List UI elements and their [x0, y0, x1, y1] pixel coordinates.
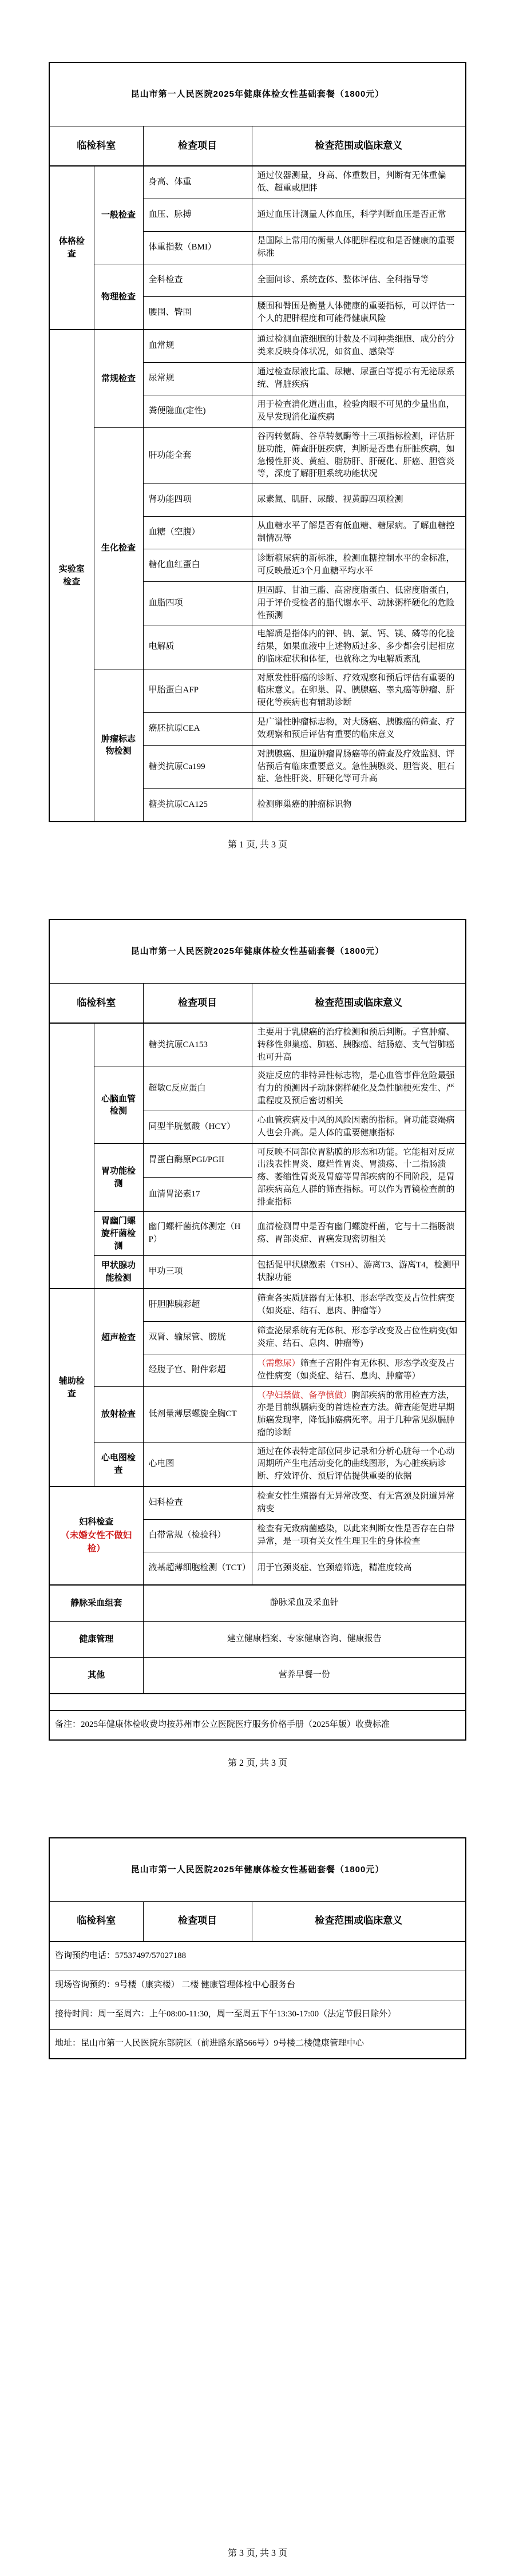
exam-item-cell: 肝功能全套 — [143, 428, 252, 484]
category-auxiliary-exam: 辅助检查 — [49, 1289, 94, 1487]
page-1: 昆山市第一人民医院2025年健康体检女性基础套餐（1800元） 临检科室 检查项… — [0, 0, 515, 850]
subcategory-physics-exam: 物理检查 — [94, 264, 143, 330]
exam-desc-cell: 诊断糖尿病的新标准，检测血糖控制水平的金标准，可反映最近3个月血糖平均水平 — [252, 549, 466, 582]
table-row: 昆山市第一人民医院2025年健康体检女性基础套餐（1800元） — [49, 62, 466, 126]
exam-item-cell: 血压、脉搏 — [143, 199, 252, 232]
page-title: 昆山市第一人民医院2025年健康体检女性基础套餐（1800元） — [49, 62, 466, 126]
table-row: 心脑血管检测 超敏C反应蛋白 炎症反应的非特异性标志物，是心血管事件危险最强有力… — [49, 1067, 466, 1111]
exam-item-cell: 糖化血红蛋白 — [143, 549, 252, 582]
table-row: 糖类抗原CA153 主要用于乳腺癌的治疗检测和预后判断。子宫肿瘤、转移性卵巢癌、… — [49, 1023, 466, 1067]
page-footer: 第 2 页, 共 3 页 — [0, 1755, 515, 1769]
subcategory-ultrasound: 超声检查 — [94, 1289, 143, 1387]
exam-desc-cell: 通过血压计测量人体血压，科学判断血压是否正常 — [252, 199, 466, 232]
exam-item-cell: 肝胆脾胰彩超 — [143, 1289, 252, 1322]
exam-desc-cell: 谷丙转氨酶、谷草转氨酶等十三项指标检测，评估肝脏功能，筛查肝脏疾病，判断是否患有… — [252, 428, 466, 484]
header-meaning: 检查范围或临床意义 — [252, 1901, 466, 1941]
page2-table: 昆山市第一人民医院2025年健康体检女性基础套餐（1800元） 临检科室 检查项… — [49, 919, 466, 1741]
empty-cell — [94, 1023, 143, 1067]
exam-item-cell: 双肾、输尿管、膀胱 — [143, 1321, 252, 1354]
exam-item-cell: 超敏C反应蛋白 — [143, 1067, 252, 1111]
table-row: 甲状腺功能检测 甲功三项 包括促甲状腺激素（TSH）、游离T3、游离T4，检测甲… — [49, 1255, 466, 1289]
table-row: 昆山市第一人民医院2025年健康体检女性基础套餐（1800元） — [49, 1838, 466, 1902]
exam-item-cell: 低剂量薄层螺旋全胸CT — [143, 1386, 252, 1442]
table-row: 备注：2025年健康体检收费均按苏州市公立医院医疗服务价格手册（2025年版）收… — [49, 1710, 466, 1740]
table-row: 地址：昆山市第一人民医院东部院区（前进路东路566号）9号楼二楼健康管理中心 — [49, 2029, 466, 2059]
exam-desc-cell: （孕妇禁做、备孕慎做）胸部疾病的常用检查方法，亦是目前纵膈病变的首选检查方法。筛… — [252, 1386, 466, 1442]
exam-item-cell: 电解质 — [143, 625, 252, 669]
table-row: 胃功能检测 胃蛋白酶原PGI/PGII 可反映不同部位胃粘膜的形态和功能。它能相… — [49, 1143, 466, 1178]
remark-cell: 备注：2025年健康体检收费均按苏州市公立医院医疗服务价格手册（2025年版）收… — [49, 1710, 466, 1740]
onsite-consult-cell: 现场咨询预约：9号楼（康宾楼） 二楼 健康管理体检中心服务台 — [49, 1971, 466, 2000]
exam-item-cell: 胃蛋白酶原PGI/PGII — [143, 1143, 252, 1178]
exam-item-cell: 腰围、臀围 — [143, 297, 252, 330]
caution-note: （需憋尿） — [257, 1359, 300, 1368]
subcategory-thyroid-function: 甲状腺功能检测 — [94, 1255, 143, 1289]
exam-desc-cell: 腰围和臀围是衡量人体健康的重要指标，可以评估一个人的肥胖程度和可能得健康风险 — [252, 297, 466, 330]
exam-item-cell: 血脂四项 — [143, 582, 252, 625]
subcategory-cardio-cerebro: 心脑血管检测 — [94, 1067, 143, 1143]
exam-item-cell: 糖类抗原CA125 — [143, 789, 252, 822]
page-title: 昆山市第一人民医院2025年健康体检女性基础套餐（1800元） — [49, 1838, 466, 1902]
table-row: 心电图检查 心电图 通过在体表特定部位同步记录和分析心脏每一个心动周期所产生电活… — [49, 1442, 466, 1487]
header-item: 检查项目 — [143, 984, 252, 1024]
exam-item-cell: 血常规 — [143, 330, 252, 363]
category-laboratory-exam: 实验室检查 — [49, 330, 94, 822]
exam-desc-cell: 炎症反应的非特异性标志物，是心血管事件危险最强有力的预测因子动脉粥样硬化及急性脑… — [252, 1067, 466, 1111]
table-row: 咨询预约电话：57537497/57027188 — [49, 1941, 466, 1971]
gynecology-note: （未婚女性不做妇检） — [55, 1529, 138, 1555]
exam-item-cell: 妇科检查 — [143, 1487, 252, 1520]
gynecology-label: 妇科检查 — [55, 1516, 138, 1528]
subcategory-biochem-exam: 生化检查 — [94, 428, 143, 669]
exam-desc-cell: 对原发性肝癌的诊断、疗效观察和预后评估有重要的临床意义。在卵巢、胃、胰腺癌、睾丸… — [252, 669, 466, 712]
subcategory-routine-exam: 常规检查 — [94, 330, 143, 428]
table-row: 辅助检查 超声检查 肝胆脾胰彩超 筛查各实质脏器有无体积、形态学改变及占位性病变… — [49, 1289, 466, 1322]
summary-value-cell: 营养早餐一份 — [143, 1657, 466, 1694]
exam-item-cell: 心电图 — [143, 1442, 252, 1487]
header-meaning: 检查范围或临床意义 — [252, 984, 466, 1024]
exam-desc-cell: 检测卵巢癌的肿瘤标识物 — [252, 789, 466, 822]
caution-note: （孕妇禁做、备孕慎做） — [257, 1391, 352, 1400]
reception-hours-cell: 接待时间：周一至周六：上午08:00-11:30，周一至周五下午13:30-17… — [49, 2000, 466, 2029]
exam-item-cell: 白带常规（检验科） — [143, 1519, 252, 1552]
exam-desc-cell: 通过在体表特定部位同步记录和分析心脏每一个心动周期所产生电活动变化的曲线图形，为… — [252, 1442, 466, 1487]
exam-desc-cell: 全面问诊、系统查体、整体评估、全科指导等 — [252, 264, 466, 297]
table-header-row: 临检科室 检查项目 检查范围或临床意义 — [49, 1901, 466, 1941]
header-dept: 临检科室 — [49, 126, 143, 167]
exam-desc-cell: 检查女性生殖器有无异常改变、有无宫颈及阴道异常病变 — [252, 1487, 466, 1520]
exam-desc-cell: 用于检查消化道出血，检验肉眼不可见的少量出血，及早发现消化道疾病 — [252, 395, 466, 428]
header-dept: 临检科室 — [49, 984, 143, 1024]
exam-desc-cell: 是广谱性肿瘤标志物，对大肠癌、胰腺癌的筛查、疗效观察和预后评估有重要的临床意义 — [252, 712, 466, 745]
exam-desc-cell: 通过检查尿液比重、尿糖、尿蛋白等提示有无泌尿系统、肾脏疾病 — [252, 363, 466, 395]
subcategory-radiology: 放射检查 — [94, 1386, 143, 1442]
exam-item-cell: 全科检查 — [143, 264, 252, 297]
exam-desc-cell: 尿素氮、肌酐、尿酸、视黄醇四项检测 — [252, 484, 466, 517]
exam-item-cell: 血糖（空腹） — [143, 517, 252, 549]
table-row: 妇科检查 （未婚女性不做妇检） 妇科检查 检查女性生殖器有无异常改变、有无宫颈及… — [49, 1487, 466, 1520]
table-header-row: 临检科室 检查项目 检查范围或临床意义 — [49, 126, 466, 167]
exam-desc-cell: 电解质是指体内的钾、钠、氯、钙、镁、磷等的化验结果，如果血液中上述物质过多、多少… — [252, 625, 466, 669]
table-row: 肿瘤标志物检测 甲胎蛋白AFP 对原发性肝癌的诊断、疗效观察和预后评估有重要的临… — [49, 669, 466, 712]
header-item: 检查项目 — [143, 1901, 252, 1941]
page-title: 昆山市第一人民医院2025年健康体检女性基础套餐（1800元） — [49, 920, 466, 984]
contact-phone-cell: 咨询预约电话：57537497/57027188 — [49, 1941, 466, 1971]
exam-item-cell: 经腹子宫、附件彩超 — [143, 1354, 252, 1386]
exam-desc-cell: 用于宫颈炎症、宫颈癌筛选，精准度较高 — [252, 1552, 466, 1585]
summary-value-cell: 建立健康档案、专家健康咨询、健康报告 — [143, 1621, 466, 1657]
exam-desc-cell: 从血糖水平了解是否有低血糖、糖尿病。了解血糖控制情况等 — [252, 517, 466, 549]
exam-item-cell: 尿常规 — [143, 363, 252, 395]
exam-desc-cell: 筛查各实质脏器有无体积、形态学改变及占位性病变（如炎症、结石、息肉、肿瘤等） — [252, 1289, 466, 1322]
exam-item-cell: 身高、体重 — [143, 166, 252, 199]
page3-table: 昆山市第一人民医院2025年健康体检女性基础套餐（1800元） 临检科室 检查项… — [49, 1837, 466, 2059]
table-row: 物理检查 全科检查 全面问诊、系统查体、整体评估、全科指导等 — [49, 264, 466, 297]
summary-label-other: 其他 — [49, 1657, 143, 1694]
table-row — [49, 1694, 466, 1711]
exam-desc-cell: 主要用于乳腺癌的治疗检测和预后判断。子宫肿瘤、转移性卵巢癌、肺癌、胰腺癌、结肠癌… — [252, 1023, 466, 1067]
table-row: 体格检查 一般检查 身高、体重 通过仪器测量，身高、体重数目，判断有无体重偏低、… — [49, 166, 466, 199]
exam-item-cell: 同型半胱氨酸（HCY） — [143, 1111, 252, 1143]
subcategory-general-exam: 一般检查 — [94, 166, 143, 264]
table-row: 放射检查 低剂量薄层螺旋全胸CT （孕妇禁做、备孕慎做）胸部疾病的常用检查方法，… — [49, 1386, 466, 1442]
table-row: 实验室检查 常规检查 血常规 通过检测血液细胞的计数及不同种类细胞、成分的分类来… — [49, 330, 466, 363]
empty-cell — [49, 1694, 466, 1711]
summary-label-blood-draw: 静脉采血组套 — [49, 1585, 143, 1622]
subcategory-stomach-function: 胃功能检测 — [94, 1143, 143, 1212]
exam-item-cell: 幽门螺杆菌抗体测定（HP） — [143, 1212, 252, 1255]
page1-table: 昆山市第一人民医院2025年健康体检女性基础套餐（1800元） 临检科室 检查项… — [49, 62, 466, 822]
summary-label-health-mgmt: 健康管理 — [49, 1621, 143, 1657]
exam-desc-cell: 通过检测血液细胞的计数及不同种类细胞、成分的分类来反映身体状况，如贫血、感染等 — [252, 330, 466, 363]
exam-item-cell: 糖类抗原CA153 — [143, 1023, 252, 1067]
summary-value-cell: 静脉采血及采血针 — [143, 1585, 466, 1622]
exam-desc-cell: （需憋尿）筛查子宫附件有无体积、形态学改变及占位性病变（如炎症、结石、息肉、肿瘤… — [252, 1354, 466, 1386]
exam-item-cell: 癌胚抗原CEA — [143, 712, 252, 745]
page-2: 昆山市第一人民医院2025年健康体检女性基础套餐（1800元） 临检科室 检查项… — [0, 919, 515, 1769]
table-row: 胃幽门螺旋杆菌检测 幽门螺杆菌抗体测定（HP） 血清检测胃中是否有幽门螺旋杆菌，… — [49, 1212, 466, 1255]
exam-desc-cell: 对胰腺癌、胆道肿瘤胃肠癌等的筛查及疗效监测、评估预后有临床重要意义。急性胰腺炎、… — [252, 745, 466, 788]
category-physical-exam: 体格检查 — [49, 166, 94, 330]
subcategory-ecg: 心电图检查 — [94, 1442, 143, 1487]
table-header-row: 临检科室 检查项目 检查范围或临床意义 — [49, 984, 466, 1024]
exam-desc-cell: 通过仪器测量，身高、体重数目，判断有无体重偏低、超重或肥胖 — [252, 166, 466, 199]
table-row: 接待时间：周一至周六：上午08:00-11:30，周一至周五下午13:30-17… — [49, 2000, 466, 2029]
exam-desc-cell: 可反映不同部位胃粘膜的形态和功能。它能相对反应出浅表性胃炎、糜烂性胃炎、胃溃疡、… — [252, 1143, 466, 1212]
exam-item-cell: 血清胃泌素17 — [143, 1178, 252, 1212]
document-sheet: 昆山市第一人民医院2025年健康体检女性基础套餐（1800元） 临检科室 检查项… — [0, 0, 515, 2576]
table-row: 生化检查 肝功能全套 谷丙转氨酶、谷草转氨酶等十三项指标检测，评估肝脏功能，筛查… — [49, 428, 466, 484]
table-row: 昆山市第一人民医院2025年健康体检女性基础套餐（1800元） — [49, 920, 466, 984]
exam-desc-cell: 包括促甲状腺激素（TSH）、游离T3、游离T4，检测甲状腺功能 — [252, 1255, 466, 1289]
page-footer: 第 3 页, 共 3 页 — [0, 2546, 515, 2576]
table-row: 静脉采血组套 静脉采血及采血针 — [49, 1585, 466, 1622]
exam-item-cell: 粪便隐血(定性) — [143, 395, 252, 428]
address-cell: 地址：昆山市第一人民医院东部院区（前进路东路566号）9号楼二楼健康管理中心 — [49, 2029, 466, 2059]
subcategory-helicobacter: 胃幽门螺旋杆菌检测 — [94, 1212, 143, 1255]
exam-item-cell: 液基超薄细胞检测（TCT） — [143, 1552, 252, 1585]
exam-item-cell: 肾功能四项 — [143, 484, 252, 517]
category-gynecology: 妇科检查 （未婚女性不做妇检） — [49, 1487, 143, 1585]
header-dept: 临检科室 — [49, 1901, 143, 1941]
exam-desc-cell: 是国际上常用的衡量人体肥胖程度和是否健康的重要标准 — [252, 232, 466, 264]
table-row: 现场咨询预约：9号楼（康宾楼） 二楼 健康管理体检中心服务台 — [49, 1971, 466, 2000]
subcategory-tumor-markers: 肿瘤标志物检测 — [94, 669, 143, 822]
page-3: 昆山市第一人民医院2025年健康体检女性基础套餐（1800元） 临检科室 检查项… — [0, 1837, 515, 2576]
exam-desc-cell: 血清检测胃中是否有幽门螺旋杆菌，它与十二指肠溃疡、胃部炎症、胃癌发现密切相关 — [252, 1212, 466, 1255]
exam-desc-cell: 心血管疾病及中风的风险因素的指标。肾功能衰竭病人也会升高。是人体的重要健康指标 — [252, 1111, 466, 1143]
header-meaning: 检查范围或临床意义 — [252, 126, 466, 167]
exam-item-cell: 糖类抗原Ca199 — [143, 745, 252, 788]
page-footer: 第 1 页, 共 3 页 — [0, 837, 515, 850]
exam-desc-cell: 筛查泌尿系统有无体积、形态学改变及占位性病变(如炎症、结石、息肉、肿瘤等) — [252, 1321, 466, 1354]
exam-desc-cell: 胆固醇、甘油三酯、高密度脂蛋白、低密度脂蛋白，用于评价受检者的脂代谢水平、动脉粥… — [252, 582, 466, 625]
exam-item-cell: 甲功三项 — [143, 1255, 252, 1289]
exam-desc-cell: 检查有无致病菌感染，以此来判断女性是否存在白带异常，是一项有关女性生理卫生的身体… — [252, 1519, 466, 1552]
exam-item-cell: 体重指数（BMI） — [143, 232, 252, 264]
exam-item-cell: 甲胎蛋白AFP — [143, 669, 252, 712]
table-row: 其他 营养早餐一份 — [49, 1657, 466, 1694]
table-row: 健康管理 建立健康档案、专家健康咨询、健康报告 — [49, 1621, 466, 1657]
header-item: 检查项目 — [143, 126, 252, 167]
empty-cell — [49, 1023, 94, 1289]
